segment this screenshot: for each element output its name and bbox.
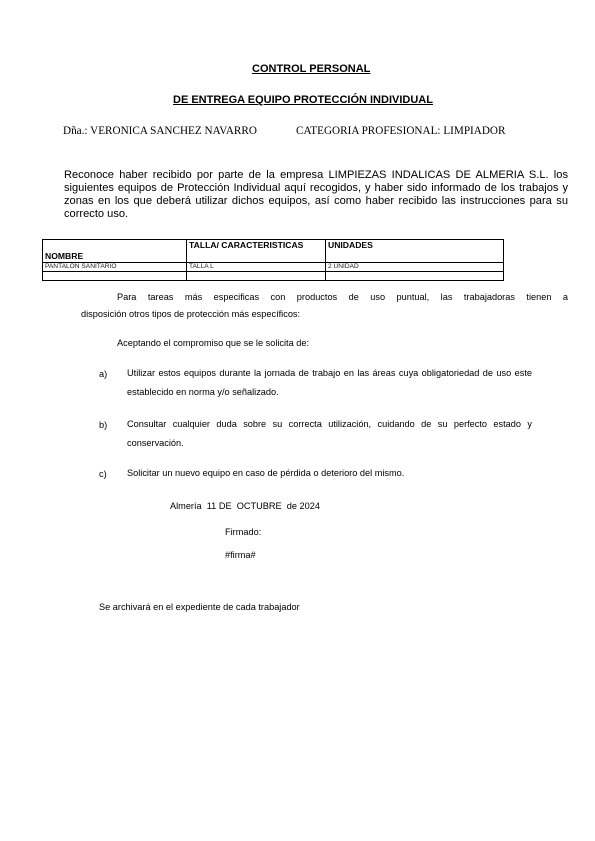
- intro-paragraph: Reconoce haber recibido por parte de la …: [64, 169, 568, 221]
- header-unidades: UNIDADES: [326, 240, 504, 263]
- commitment-c-text: Solicitar un nuevo equipo en caso de pér…: [127, 464, 532, 483]
- commitment-a-text: Utilizar estos equipos durante la jornad…: [127, 364, 532, 402]
- document-title: CONTROL PERSONAL: [252, 63, 370, 75]
- specific-protection-line2: disposición otros tipos de protección má…: [81, 308, 300, 320]
- commitment-c-label: c): [99, 469, 107, 479]
- commitment-intro: Aceptando el compromiso que se le solici…: [117, 337, 309, 349]
- cell-unidades: [326, 272, 504, 281]
- cell-nombre: PANTALON SANITARIO: [43, 263, 187, 272]
- ppe-table: NOMBRE TALLA/ CARACTERISTICAS UNIDADES P…: [42, 239, 504, 281]
- cell-talla: TALLA L: [187, 263, 326, 272]
- table-row: PANTALON SANITARIO TALLA L 2 UNIDAD: [43, 263, 504, 272]
- specific-protection-line1: Para tareas más especificas con producto…: [117, 291, 568, 303]
- cell-nombre: [43, 272, 187, 281]
- signature-placeholder: #firma#: [225, 549, 256, 561]
- signed-label: Firmado:: [225, 526, 261, 538]
- place-date: Almería 11 DE OCTUBRE de 2024: [170, 500, 320, 512]
- commitment-b-label: b): [99, 420, 107, 430]
- document-subtitle: DE ENTREGA EQUIPO PROTECCIÓN INDIVIDUAL: [173, 94, 433, 106]
- header-talla: TALLA/ CARACTERISTICAS: [187, 240, 326, 263]
- commitment-b-text: Consultar cualquier duda sobre su correc…: [127, 415, 532, 453]
- table-header-row: NOMBRE TALLA/ CARACTERISTICAS UNIDADES: [43, 240, 504, 263]
- header-nombre: NOMBRE: [43, 240, 187, 263]
- professional-category: CATEGORIA PROFESIONAL: LIMPIADOR: [296, 125, 505, 137]
- commitment-a-label: a): [99, 369, 107, 379]
- table-row: [43, 272, 504, 281]
- footer-note: Se archivará en el expediente de cada tr…: [99, 601, 300, 613]
- cell-talla: [187, 272, 326, 281]
- employee-name: Dña.: VERONICA SANCHEZ NAVARRO: [63, 125, 257, 137]
- cell-unidades: 2 UNIDAD: [326, 263, 504, 272]
